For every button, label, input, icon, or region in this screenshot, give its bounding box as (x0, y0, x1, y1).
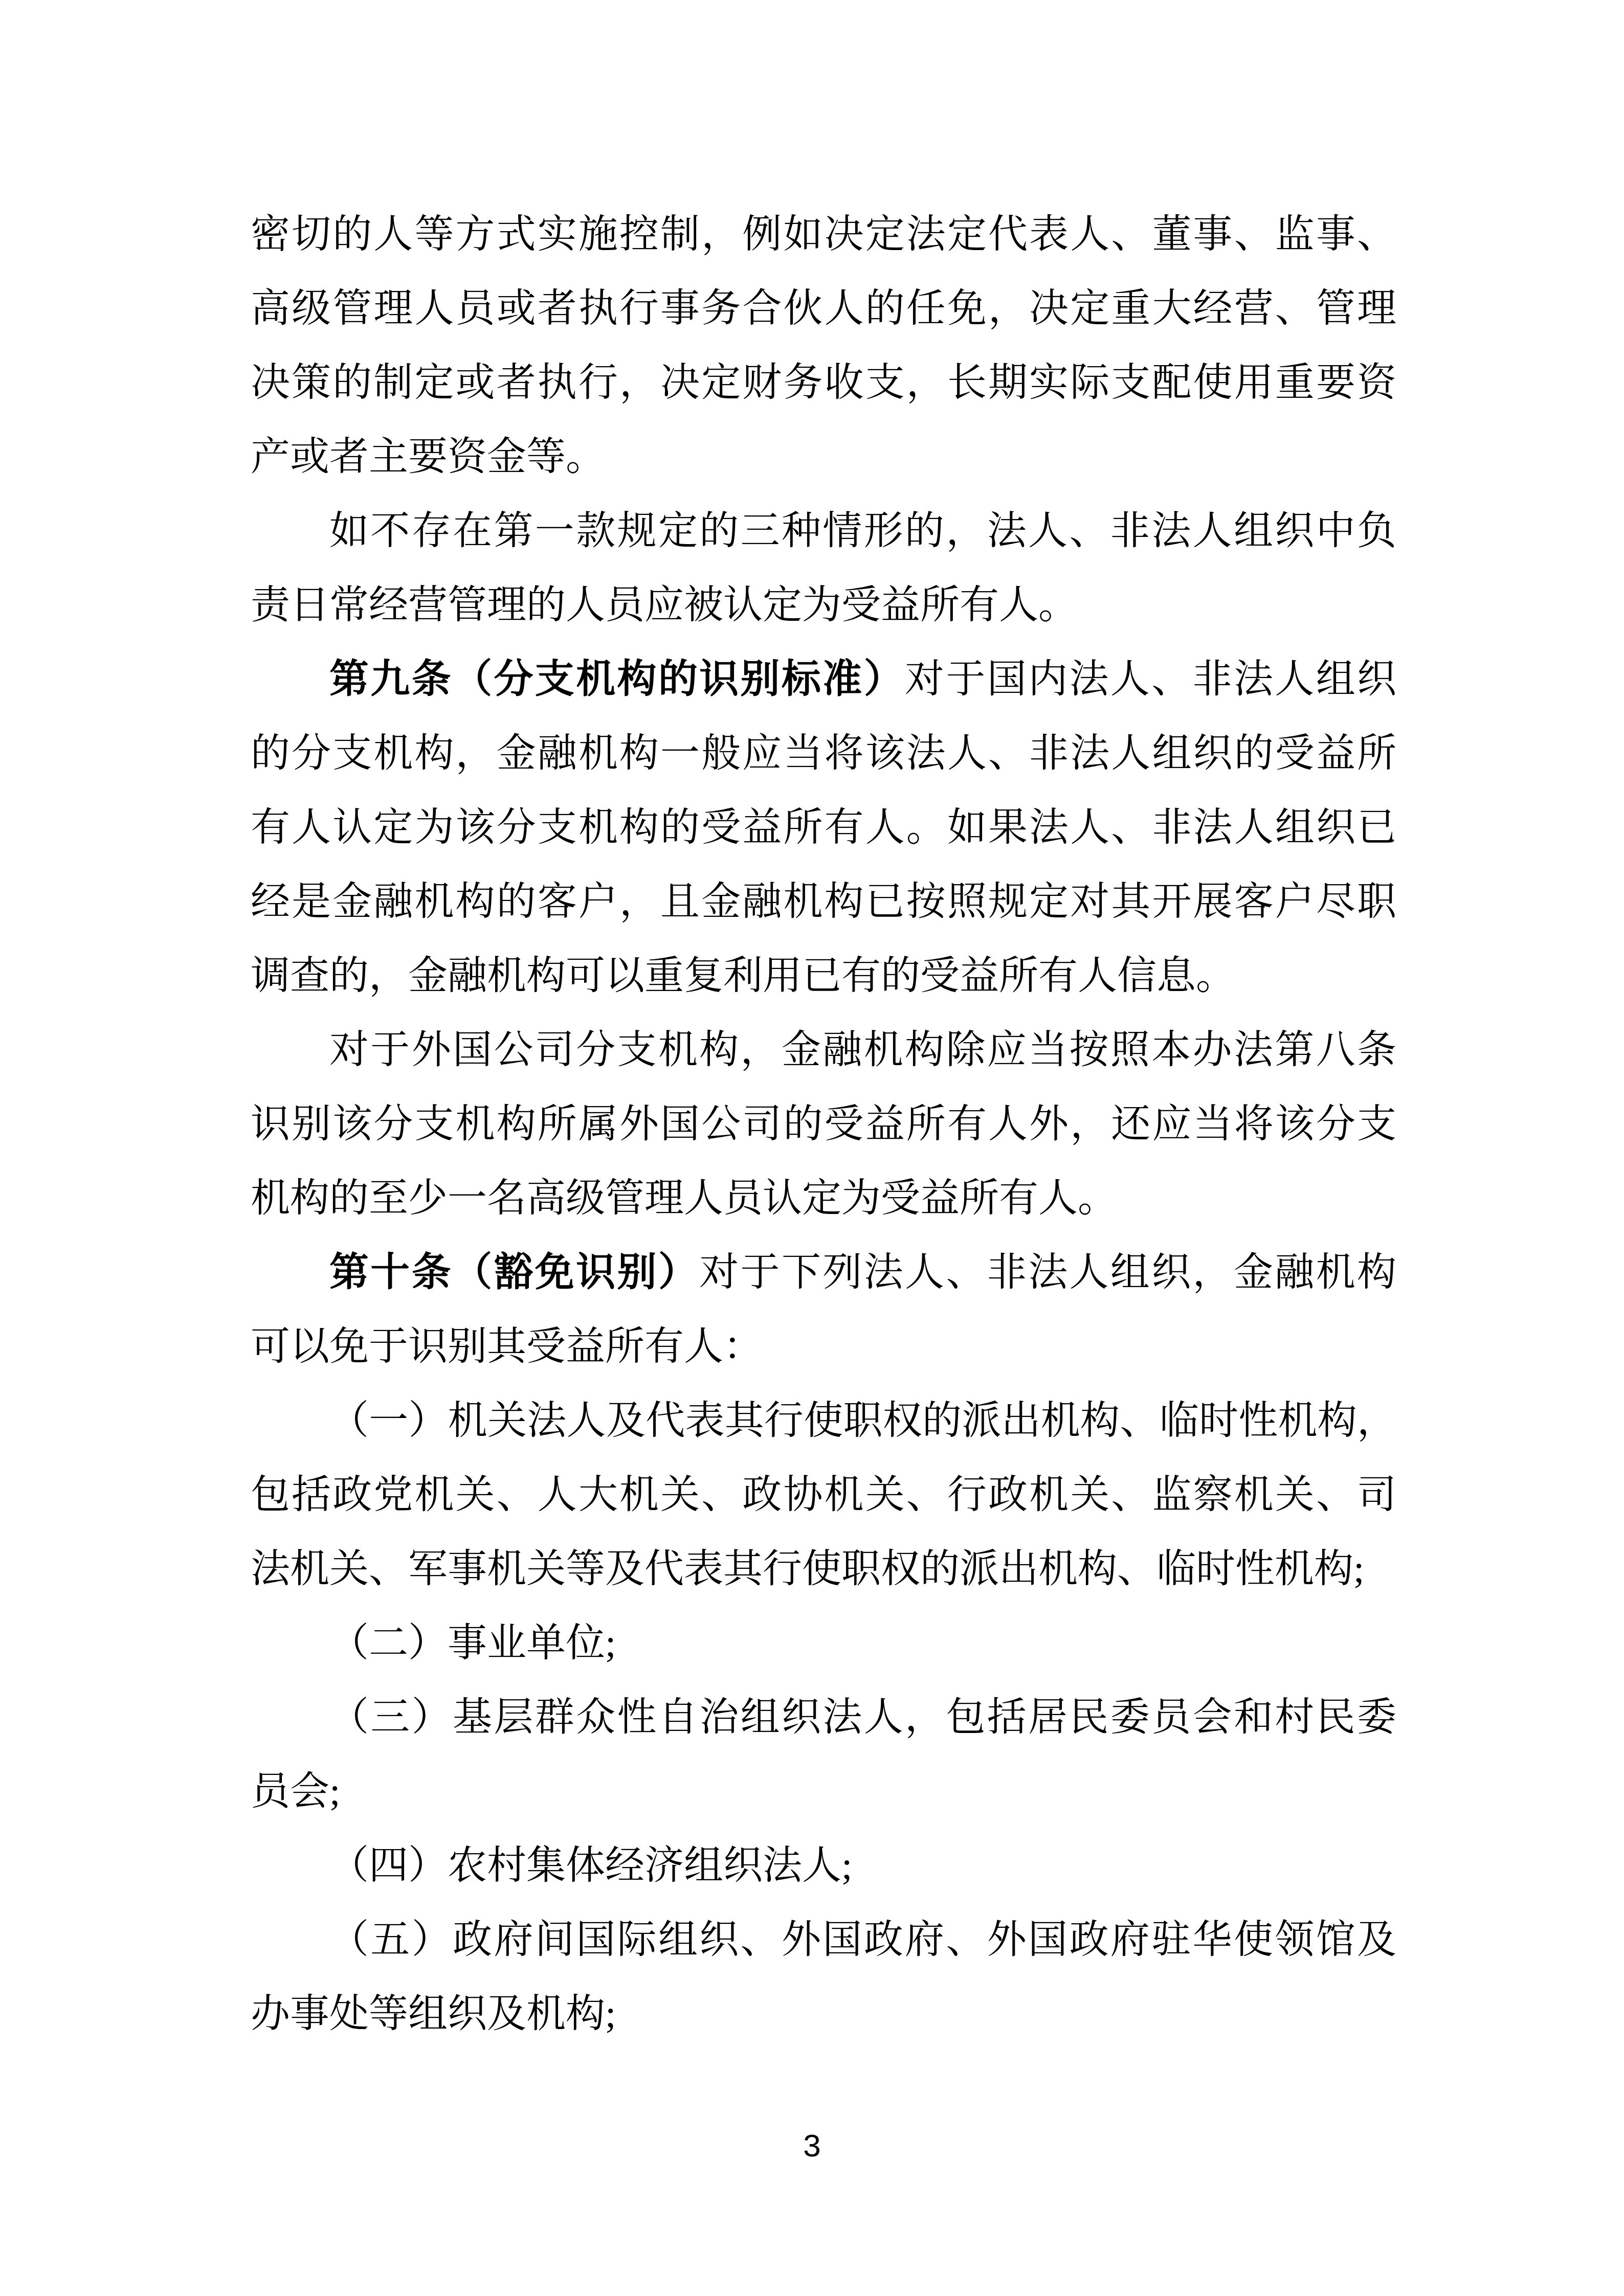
article-heading-run: 第九条（分支机构的识别标准） (329, 657, 905, 701)
text-line: 可以免于识别其受益所有人： (251, 1310, 1396, 1384)
page-footer: 3 (0, 2127, 1624, 2165)
text-line: 对于外国公司分支机构，金融机构除应当按照本办法第八条 (251, 1013, 1396, 1087)
text-run: （二）事业单位; (329, 1621, 616, 1665)
text-run: 责日常经营管理的人员应被认定为受益所有人。 (251, 583, 1078, 627)
text-line: （三）基层群众性自治组织法人，包括居民委员会和村民委 (251, 1680, 1396, 1754)
text-line: （二）事业单位; (251, 1606, 1396, 1680)
text-line: 第十条（豁免识别）对于下列法人、非法人组织，金融机构 (251, 1235, 1396, 1310)
text-line: （一）机关法人及代表其行使职权的派出机构、临时性机构， (251, 1384, 1396, 1458)
text-run: （三）基层群众性自治组织法人，包括居民委员会和村民委 (329, 1695, 1396, 1739)
page-number: 3 (803, 2128, 820, 2164)
text-run: 识别该分支机构所属外国公司的受益所有人外，还应当将该分支 (251, 1102, 1396, 1146)
text-run: 对于外国公司分支机构，金融机构除应当按照本办法第八条 (329, 1028, 1396, 1072)
text-run: 经是金融机构的客户，且金融机构已按照规定对其开展客户尽职 (251, 880, 1396, 924)
text-line: 机构的至少一名高级管理人员认定为受益所有人。 (251, 1161, 1396, 1235)
text-run: 高级管理人员或者执行事务合伙人的任免，决定重大经营、管理 (251, 286, 1396, 330)
text-run: 包括政党机关、人大机关、政协机关、行政机关、监察机关、司 (251, 1473, 1396, 1517)
text-run: 的分支机构，金融机构一般应当将该法人、非法人组织的受益所 (251, 731, 1396, 775)
text-run: 决策的制定或者执行，决定财务收支，长期实际支配使用重要资 (251, 361, 1396, 404)
text-run: （一）机关法人及代表其行使职权的派出机构、临时性机构， (329, 1399, 1396, 1443)
document-page: 密切的人等方式实施控制，例如决定法定代表人、董事、监事、高级管理人员或者执行事务… (0, 0, 1624, 2296)
text-run: 调查的，金融机构可以重复利用已有的受益所有人信息。 (251, 954, 1235, 998)
text-run: 员会; (251, 1769, 340, 1813)
text-run: 可以免于识别其受益所有人： (251, 1324, 763, 1368)
text-run: 法机关、军事机关等及代表其行使职权的派出机构、临时性机构; (251, 1547, 1364, 1591)
text-run: 机构的至少一名高级管理人员认定为受益所有人。 (251, 1176, 1117, 1220)
text-run: 办事处等组织及机构; (251, 1992, 616, 2036)
text-line: 员会; (251, 1754, 1396, 1829)
text-run: （四）农村集体经济组织法人; (329, 1843, 852, 1887)
text-line: 产或者主要资金等。 (251, 420, 1396, 494)
text-line: 密切的人等方式实施控制，例如决定法定代表人、董事、监事、 (251, 197, 1396, 272)
text-line: 经是金融机构的客户，且金融机构已按照规定对其开展客户尽职 (251, 865, 1396, 939)
text-line: 如不存在第一款规定的三种情形的，法人、非法人组织中负 (251, 494, 1396, 568)
text-run: 对于国内法人、非法人组织 (905, 657, 1396, 701)
article-heading-run: 第十条（豁免识别） (329, 1250, 699, 1294)
text-line: 的分支机构，金融机构一般应当将该法人、非法人组织的受益所 (251, 716, 1396, 791)
text-line: 包括政党机关、人大机关、政协机关、行政机关、监察机关、司 (251, 1458, 1396, 1532)
text-run: 对于下列法人、非法人组织，金融机构 (699, 1250, 1396, 1294)
text-line: 调查的，金融机构可以重复利用已有的受益所有人信息。 (251, 939, 1396, 1013)
text-line: （五）政府间国际组织、外国政府、外国政府驻华使领馆及 (251, 1903, 1396, 1977)
text-line: 第九条（分支机构的识别标准）对于国内法人、非法人组织 (251, 642, 1396, 716)
text-line: 识别该分支机构所属外国公司的受益所有人外，还应当将该分支 (251, 1087, 1396, 1161)
text-run: 如不存在第一款规定的三种情形的，法人、非法人组织中负 (329, 509, 1396, 553)
text-line: 决策的制定或者执行，决定财务收支，长期实际支配使用重要资 (251, 346, 1396, 420)
text-run: 有人认定为该分支机构的受益所有人。如果法人、非法人组织已 (251, 805, 1396, 849)
text-line: 办事处等组织及机构; (251, 1977, 1396, 2051)
text-line: 法机关、军事机关等及代表其行使职权的派出机构、临时性机构; (251, 1532, 1396, 1606)
text-run: （五）政府间国际组织、外国政府、外国政府驻华使领馆及 (329, 1918, 1396, 1962)
text-run: 产或者主要资金等。 (251, 435, 605, 479)
text-run: 密切的人等方式实施控制，例如决定法定代表人、董事、监事、 (251, 212, 1396, 256)
text-line: （四）农村集体经济组织法人; (251, 1829, 1396, 1903)
text-line: 责日常经营管理的人员应被认定为受益所有人。 (251, 568, 1396, 642)
document-body: 密切的人等方式实施控制，例如决定法定代表人、董事、监事、高级管理人员或者执行事务… (251, 197, 1396, 2051)
text-line: 高级管理人员或者执行事务合伙人的任免，决定重大经营、管理 (251, 272, 1396, 346)
text-line: 有人认定为该分支机构的受益所有人。如果法人、非法人组织已 (251, 791, 1396, 865)
